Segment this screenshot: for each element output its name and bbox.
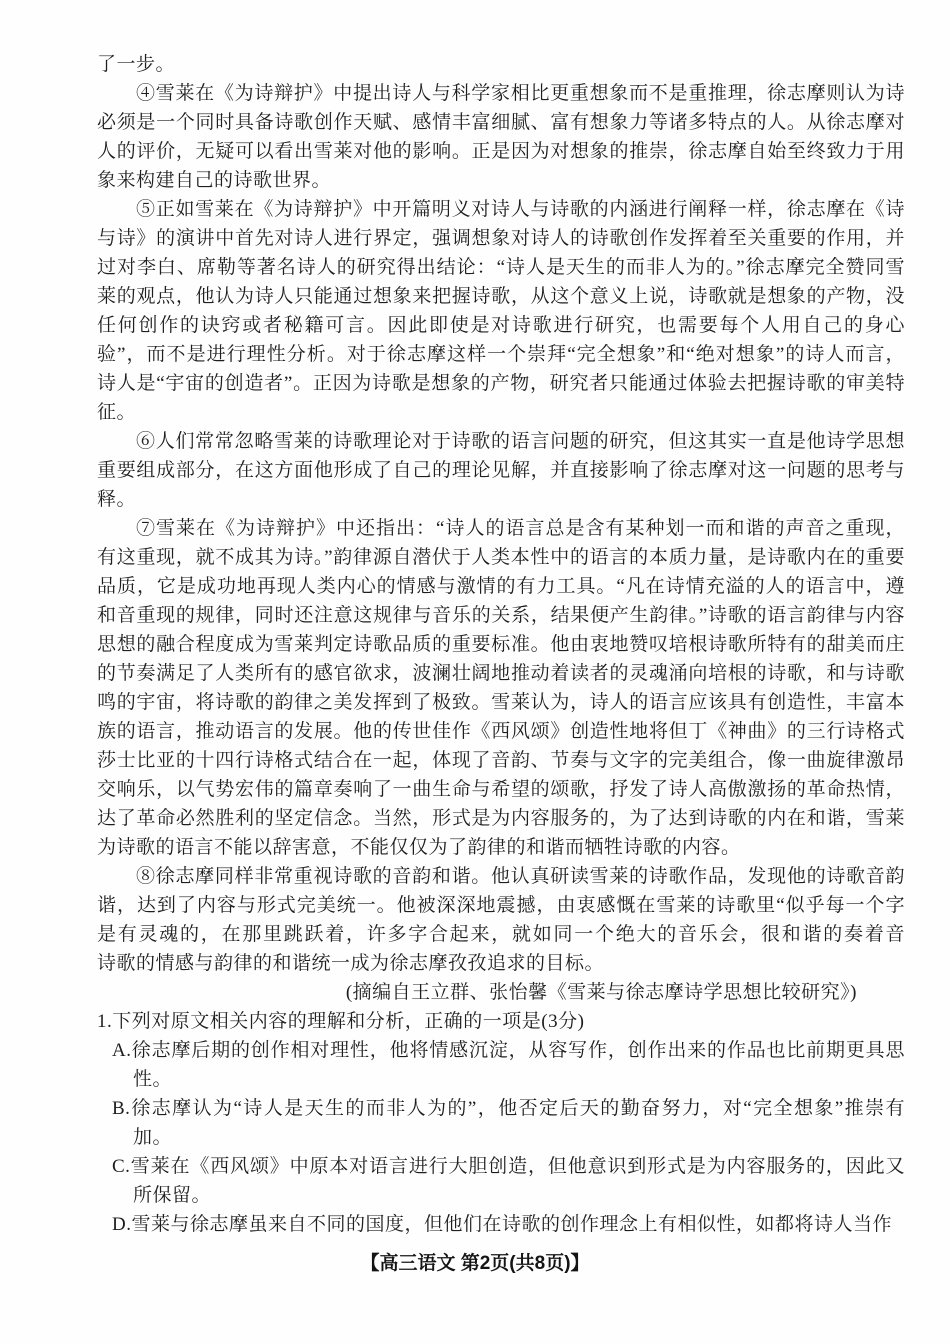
text-line: 诗歌的情感与韵律的和谐统一成为徐志摩孜孜追求的目标。 xyxy=(97,949,905,978)
text-line: 所保留。 xyxy=(97,1181,905,1210)
text-line: 交响乐，以气势宏伟的篇章奏响了一曲生命与希望的颂歌，抒发了诗人高傲激扬的革命热情… xyxy=(97,775,905,804)
text-line: 人的评价，无疑可以看出雪莱对他的影响。正是因为对想象的推崇，徐志摩自始至终致力于… xyxy=(97,137,905,166)
exam-page: 了一步。④雪莱在《为诗辩护》中提出诗人与科学家相比更重想象而不是重推理，徐志摩则… xyxy=(0,0,950,1344)
text-line: 了一步。 xyxy=(97,50,905,79)
text-line: 鸣的宇宙，将诗歌的韵律之美发挥到了极致。雪莱认为，诗人的语言应该具有创造性，丰富… xyxy=(97,688,905,717)
text-line: 是有灵魂的，在那里跳跃着，许多字合起来，就如同一个绝大的音乐会，很和谐的奏着音乐… xyxy=(97,920,905,949)
text-line: ⑦雪莱在《为诗辩护》中还指出：“诗人的语言总是含有某种划一而和谐的声音之重现，没 xyxy=(97,514,905,543)
text-line: 任何创作的诀窍或者秘籍可言。因此即使是对诗歌进行研究，也需要每个人用自己的身心去… xyxy=(97,311,905,340)
text-line: 过对李白、席勒等著名诗人的研究得出结论：“诗人是天生的而非人为的。”徐志摩完全赞… xyxy=(97,253,905,282)
text-line: ⑤正如雪莱在《为诗辩护》中开篇明义对诗人与诗歌的内涵进行阐释一样，徐志摩在《诗人 xyxy=(97,195,905,224)
text-line: 性。 xyxy=(97,1065,905,1094)
text-line: 必须是一个同时具备诗歌创作天赋、感情丰富细腻、富有想象力等诸多特点的人。从徐志摩… xyxy=(97,108,905,137)
text-line: 征。 xyxy=(97,398,905,427)
text-line: 和音重现的规律，同时还注意这规律与音乐的关系，结果便产生韵律。”诗歌的语言韵律与… xyxy=(97,601,905,630)
text-line: A.徐志摩后期的创作相对理性，他将情感沉淀，从容写作，创作出来的作品也比前期更具… xyxy=(97,1036,905,1065)
text-line: 诗人是“宇宙的创造者”。正因为诗歌是想象的产物，研究者只能通过体验去把握诗歌的审… xyxy=(97,369,905,398)
text-line: ④雪莱在《为诗辩护》中提出诗人与科学家相比更重想象而不是重推理，徐志摩则认为诗人 xyxy=(97,79,905,108)
text-line: 莱的观点，他认为诗人只能通过想象来把握诗歌，从这个意义上说，诗歌就是想象的产物，… xyxy=(97,282,905,311)
text-line: 有这重现，就不成其为诗。”韵律源自潜伏于人类本性中的语言的本质力量，是诗歌内在的… xyxy=(97,543,905,572)
text-line: 达了革命必然胜利的坚定信念。当然，形式是为内容服务的，为了达到诗歌的内在和谐，雪… xyxy=(97,804,905,833)
reading-passage-and-questions: 了一步。④雪莱在《为诗辩护》中提出诗人与科学家相比更重想象而不是重推理，徐志摩则… xyxy=(97,50,905,1239)
text-line: C.雪莱在《西风颂》中原本对语言进行大胆创造，但他意识到形式是为内容服务的，因此… xyxy=(97,1152,905,1181)
text-line: ⑥人们常常忽略雪莱的诗歌理论对于诗歌的语言问题的研究，但这其实一直是他诗学思想的 xyxy=(97,427,905,456)
text-line: 与诗》的演讲中首先对诗人进行界定，强调想象对诗人的诗歌创作发挥着至关重要的作用，… xyxy=(97,224,905,253)
text-line: D.雪莱与徐志摩虽来自不同的国度，但他们在诗歌的创作理念上有相似性，如都将诗人当… xyxy=(97,1210,905,1239)
text-line: 族的语言，推动语言的发展。他的传世佳作《西风颂》创造性地将但丁《神曲》的三行诗格… xyxy=(97,717,905,746)
text-line: 的节奏满足了人类所有的感官欲求，波澜壮阔地推动着读者的灵魂涌向培根的诗歌，和与诗… xyxy=(97,659,905,688)
text-line: 重要组成部分，在这方面他形成了自己的理论见解，并直接影响了徐志摩对这一问题的思考… xyxy=(97,456,905,485)
text-line: B.徐志摩认为“诗人是天生的而非人为的”，他否定后天的勤奋努力，对“完全想象”推… xyxy=(97,1094,905,1123)
text-line: 谐，达到了内容与形式完美统一。他被深深地震撼，由衷感慨在雪莱的诗歌里“似乎每一个… xyxy=(97,891,905,920)
text-line: 1.下列对原文相关内容的理解和分析，正确的一项是(3分) xyxy=(97,1007,905,1036)
page-footer: 【高三语文 第2页(共8页)】 xyxy=(0,1248,950,1275)
text-line: (摘编自王立群、张怡馨《雪莱与徐志摩诗学思想比较研究》) xyxy=(97,978,905,1007)
text-line: 为诗歌的语言不能以辞害意，不能仅仅为了韵律的和谐而牺牲诗歌的内容。 xyxy=(97,833,905,862)
text-line: 释。 xyxy=(97,485,905,514)
text-line: 象来构建自己的诗歌世界。 xyxy=(97,166,905,195)
text-line: 莎士比亚的十四行诗格式结合在一起，体现了音韵、节奏与文字的完美组合，像一曲旋律激… xyxy=(97,746,905,775)
text-line: 品质，它是成功地再现人类内心的情感与激情的有力工具。“凡在诗情充溢的人的语言中，… xyxy=(97,572,905,601)
text-line: ⑧徐志摩同样非常重视诗歌的音韵和谐。他认真研读雪莱的诗歌作品，发现他的诗歌音韵和 xyxy=(97,862,905,891)
text-line: 思想的融合程度成为雪莱判定诗歌品质的重要标准。他由衷地赞叹培根诗歌所特有的甜美而… xyxy=(97,630,905,659)
text-line: 验”，而不是进行理性分析。对于徐志摩这样一个崇拜“完全想象”和“绝对想象”的诗人… xyxy=(97,340,905,369)
text-line: 加。 xyxy=(97,1123,905,1152)
